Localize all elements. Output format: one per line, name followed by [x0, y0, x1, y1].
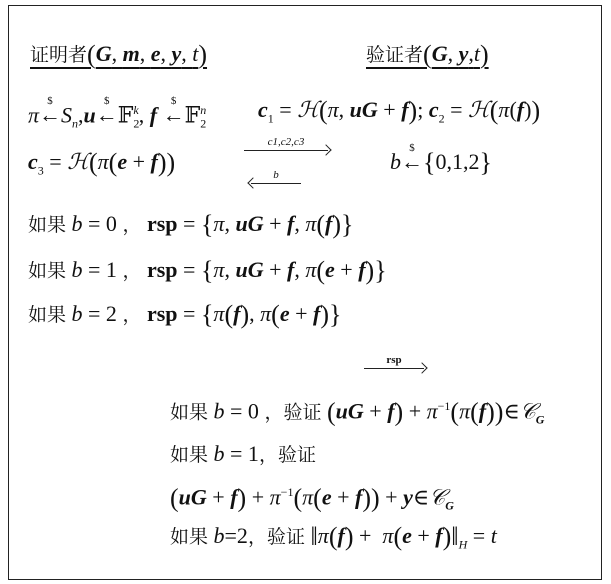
response-b2: 如果 b = 2 ， rsp = {π(f), π(e + f)}: [28, 300, 341, 329]
arrow-response: rsp: [364, 368, 424, 369]
verify-b1-check: (uG + f) + π−1(π(e + f)) + y∈𝒞G: [170, 478, 454, 520]
response-b0: 如果 b = 0 ， rsp = {π, uG + f, π(f)}: [28, 210, 354, 239]
commitment-c1-c2: c1 = ℋ(π, uG + f); c2 = ℋ(π(f)): [258, 96, 540, 132]
prover-sampling: π←$Sn,u←$𝔽2k, f ←$𝔽2n: [28, 96, 206, 138]
verifier-label: 验证者: [366, 44, 423, 66]
verifier-challenge: b←${0,1,2}: [390, 148, 492, 177]
arrow-label-commitments: c1,c2,c3: [244, 136, 328, 148]
arrow-commitments: c1,c2,c3: [244, 150, 328, 151]
commitment-c3: c3 = ℋ(π(e + f)): [28, 148, 175, 184]
verify-b1-condition: 如果 b = 1，验证: [170, 440, 316, 469]
response-b1: 如果 b = 1 ， rsp = {π, uG + f, π(e + f)}: [28, 256, 387, 285]
arrow-label-response: rsp: [364, 354, 424, 366]
prover-label: 证明者: [30, 44, 87, 66]
prover-header: 证明者(G, m, e, y, t): [30, 40, 207, 69]
arrow-label-challenge: b: [251, 169, 301, 181]
arrow-challenge: b: [251, 183, 301, 184]
verify-b0: 如果 b = 0 ，验证 (uG + f) + π−1(π(f))∈𝒞G: [170, 392, 544, 434]
verifier-header: 验证者(G, y,t): [366, 40, 489, 69]
verify-b2: 如果 b=2，验证 ‖π(f) + π(e + f)‖H = t: [170, 522, 497, 558]
